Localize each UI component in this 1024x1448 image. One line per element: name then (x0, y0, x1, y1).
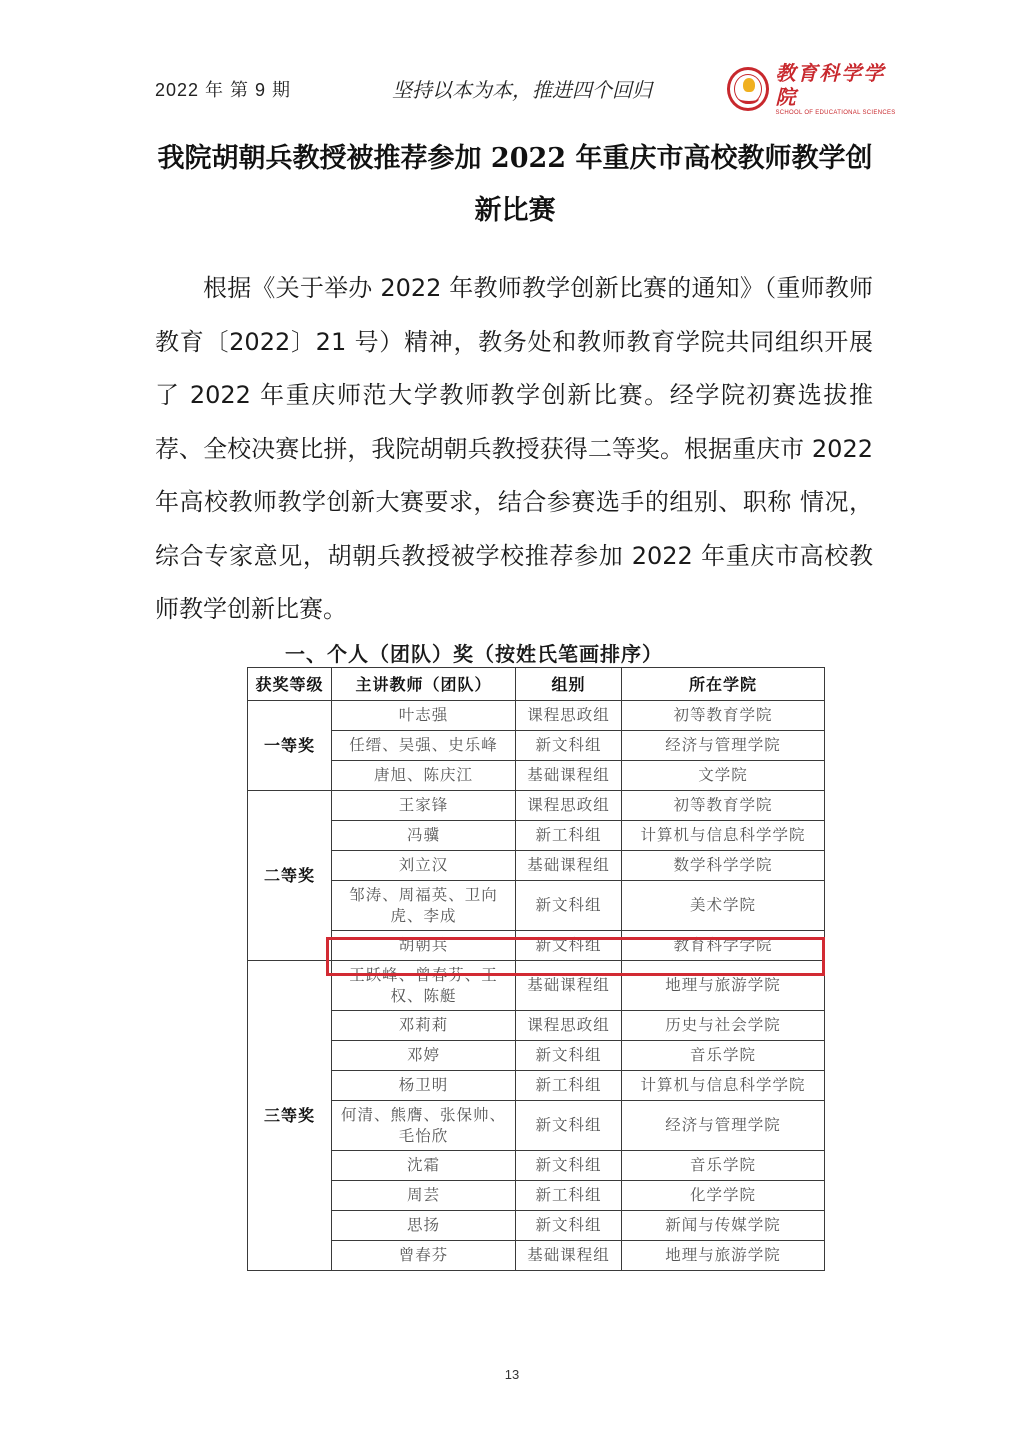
group-cell: 新文科组 (516, 931, 622, 961)
teacher-cell: 唐旭、陈庆江 (332, 761, 516, 791)
table-row: 邹涛、周福英、卫向虎、李成 新文科组 美术学院 (248, 881, 825, 931)
college-cell: 音乐学院 (622, 1151, 825, 1181)
logo-text: 教育科学学院 SCHOOL OF EDUCATIONAL SCIENCES (775, 61, 902, 117)
article-body: 根据《关于举办 2022 年教师教学创新比赛的通知》（重师教师教育〔2022〕2… (155, 262, 873, 637)
group-cell: 新工科组 (516, 821, 622, 851)
teacher-cell: 刘立汉 (332, 851, 516, 881)
award-level-third: 三等奖 (248, 961, 332, 1271)
table-row: 刘立汉 基础课程组 数学科学学院 (248, 851, 825, 881)
table-row: 曾春芬 基础课程组 地理与旅游学院 (248, 1241, 825, 1271)
award-table: 获奖等级 主讲教师（团队） 组别 所在学院 一等奖 叶志强 课程思政组 初等教育… (247, 667, 825, 1271)
table-row: 三等奖 王跃峰、曾春芬、王权、陈艇 基础课程组 地理与旅游学院 (248, 961, 825, 1011)
award-level-first: 一等奖 (248, 701, 332, 791)
award-level-second: 二等奖 (248, 791, 332, 961)
table-row: 邓莉莉 课程思政组 历史与社会学院 (248, 1011, 825, 1041)
table-row: 一等奖 叶志强 课程思政组 初等教育学院 (248, 701, 825, 731)
table-row: 周芸 新工科组 化学学院 (248, 1181, 825, 1211)
college-cell: 文学院 (622, 761, 825, 791)
college-cell: 新闻与传媒学院 (622, 1211, 825, 1241)
table-row: 思扬 新文科组 新闻与传媒学院 (248, 1211, 825, 1241)
teacher-cell: 何清、熊膺、张保帅、毛怡欣 (332, 1101, 516, 1151)
teacher-cell: 任缙、吴强、史乐峰 (332, 731, 516, 761)
page-number: 13 (0, 1367, 1024, 1382)
college-cell: 计算机与信息科学学院 (622, 821, 825, 851)
table-row: 二等奖 王家锋 课程思政组 初等教育学院 (248, 791, 825, 821)
teacher-cell: 胡朝兵 (332, 931, 516, 961)
college-cell: 初等教育学院 (622, 791, 825, 821)
book-icon (739, 93, 759, 104)
group-cell: 新文科组 (516, 1151, 622, 1181)
college-cell: 教育科学学院 (622, 931, 825, 961)
school-emblem-icon (727, 67, 769, 111)
college-cell: 计算机与信息科学学院 (622, 1071, 825, 1101)
header-teacher: 主讲教师（团队） (332, 668, 516, 701)
college-cell: 地理与旅游学院 (622, 961, 825, 1011)
teacher-cell: 周芸 (332, 1181, 516, 1211)
table-row-highlighted: 胡朝兵 新文科组 教育科学学院 (248, 931, 825, 961)
issue-label: 2022 年 第 9 期 (155, 76, 291, 102)
school-logo: 教育科学学院 SCHOOL OF EDUCATIONAL SCIENCES (727, 65, 902, 113)
teacher-cell: 王跃峰、曾春芬、王权、陈艇 (332, 961, 516, 1011)
header-group: 组别 (516, 668, 622, 701)
group-cell: 基础课程组 (516, 851, 622, 881)
table-row: 唐旭、陈庆江 基础课程组 文学院 (248, 761, 825, 791)
group-cell: 基础课程组 (516, 761, 622, 791)
article-title: 我院胡朝兵教授被推荐参加 2022 年重庆市高校教师教学创 新比赛 (140, 133, 890, 237)
group-cell: 新文科组 (516, 881, 622, 931)
title-line-2: 新比赛 (140, 185, 890, 237)
teacher-cell: 邓婷 (332, 1041, 516, 1071)
teacher-cell: 邹涛、周福英、卫向虎、李成 (332, 881, 516, 931)
college-cell: 数学科学学院 (622, 851, 825, 881)
college-cell: 经济与管理学院 (622, 731, 825, 761)
group-cell: 新工科组 (516, 1071, 622, 1101)
table-row: 杨卫明 新工科组 计算机与信息科学学院 (248, 1071, 825, 1101)
college-cell: 初等教育学院 (622, 701, 825, 731)
logo-name-cn: 教育科学学院 (775, 61, 902, 109)
title-line-1: 我院胡朝兵教授被推荐参加 2022 年重庆市高校教师教学创 (140, 133, 890, 185)
group-cell: 课程思政组 (516, 701, 622, 731)
table-row: 何清、熊膺、张保帅、毛怡欣 新文科组 经济与管理学院 (248, 1101, 825, 1151)
group-cell: 新文科组 (516, 731, 622, 761)
teacher-cell: 冯骥 (332, 821, 516, 851)
logo-name-en: SCHOOL OF EDUCATIONAL SCIENCES (775, 109, 902, 117)
college-cell: 音乐学院 (622, 1041, 825, 1071)
college-cell: 化学学院 (622, 1181, 825, 1211)
college-cell: 历史与社会学院 (622, 1011, 825, 1041)
college-cell: 地理与旅游学院 (622, 1241, 825, 1271)
slogan: 坚持以本为本，推进四个回归 (392, 74, 652, 103)
group-cell: 课程思政组 (516, 791, 622, 821)
group-cell: 基础课程组 (516, 961, 622, 1011)
teacher-cell: 杨卫明 (332, 1071, 516, 1101)
group-cell: 新文科组 (516, 1101, 622, 1151)
header-award-level: 获奖等级 (248, 668, 332, 701)
teacher-cell: 曾春芬 (332, 1241, 516, 1271)
table-row: 邓婷 新文科组 音乐学院 (248, 1041, 825, 1071)
group-cell: 新文科组 (516, 1211, 622, 1241)
teacher-cell: 沈霜 (332, 1151, 516, 1181)
teacher-cell: 叶志强 (332, 701, 516, 731)
table-caption: 一、个人（团队）奖（按姓氏笔画排序） (285, 638, 663, 667)
teacher-cell: 邓莉莉 (332, 1011, 516, 1041)
flame-icon (743, 78, 755, 92)
group-cell: 课程思政组 (516, 1011, 622, 1041)
table-row: 任缙、吴强、史乐峰 新文科组 经济与管理学院 (248, 731, 825, 761)
table-row: 冯骥 新工科组 计算机与信息科学学院 (248, 821, 825, 851)
group-cell: 新文科组 (516, 1041, 622, 1071)
college-cell: 经济与管理学院 (622, 1101, 825, 1151)
teacher-cell: 思扬 (332, 1211, 516, 1241)
header-college: 所在学院 (622, 668, 825, 701)
college-cell: 美术学院 (622, 881, 825, 931)
group-cell: 新工科组 (516, 1181, 622, 1211)
group-cell: 基础课程组 (516, 1241, 622, 1271)
table-row: 沈霜 新文科组 音乐学院 (248, 1151, 825, 1181)
table-header-row: 获奖等级 主讲教师（团队） 组别 所在学院 (248, 668, 825, 701)
teacher-cell: 王家锋 (332, 791, 516, 821)
